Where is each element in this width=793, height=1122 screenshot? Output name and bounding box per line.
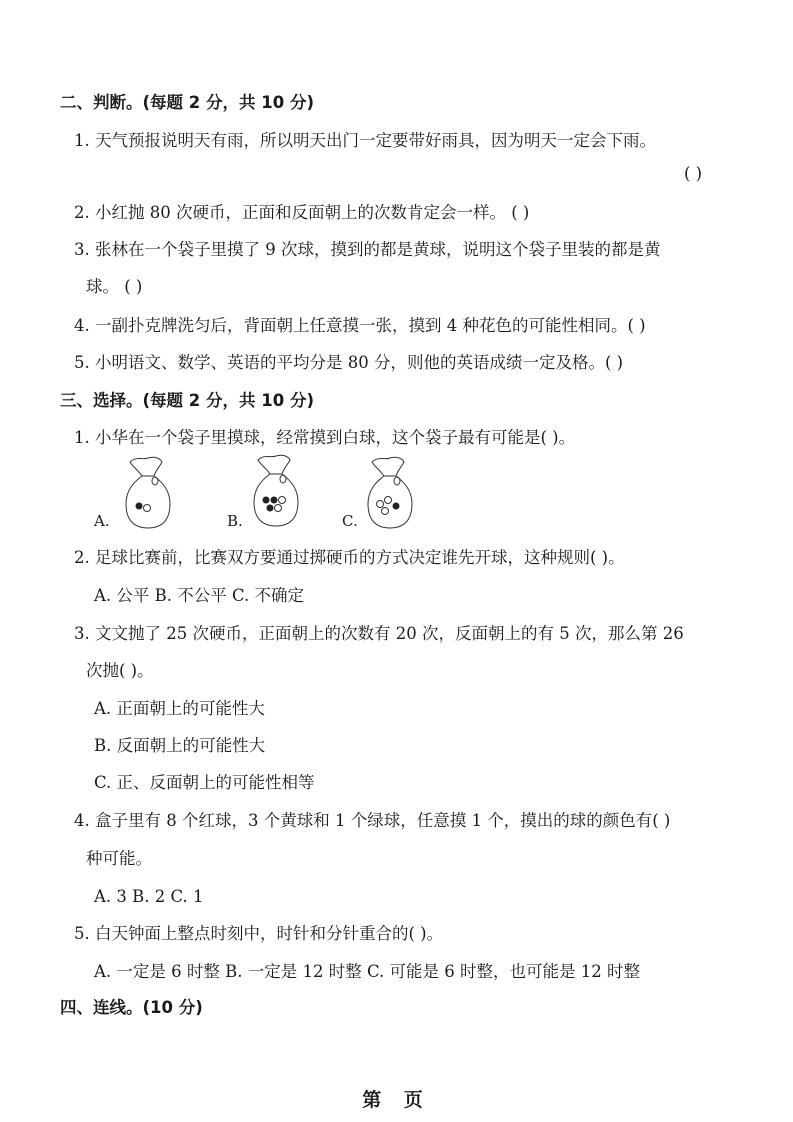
- page-footer: 第 页: [0, 1085, 793, 1112]
- judge-item-3-continuation: 球。 ( ): [86, 276, 142, 298]
- choice-q3-option-c[interactable]: C. 正、反面朝上的可能性相等: [94, 772, 315, 794]
- choice-q5: 5. 白天钟面上整点时刻中，时针和分针重合的( )。: [74, 923, 443, 945]
- section-3-heading: 三、选择。(每题 2 分，共 10 分): [60, 390, 314, 412]
- judge-item-3: 3. 张林在一个袋子里摸了 9 次球，摸到的都是黄球，说明这个袋子里装的都是黄: [74, 239, 660, 261]
- q1-option-a-label[interactable]: A.: [94, 512, 110, 530]
- judge-item-1-answer-blank[interactable]: ( ): [684, 164, 702, 183]
- choice-q2: 2. 足球比赛前，比赛双方要通过掷硬币的方式决定谁先开球，这种规则( )。: [74, 547, 625, 569]
- judge-item-1: 1. 天气预报说明天有雨，所以明天出门一定要带好雨具，因为明天一定会下雨。: [74, 130, 656, 152]
- bag-a-icon: [118, 456, 178, 532]
- choice-q4: 4. 盒子里有 8 个红球，3 个黄球和 1 个绿球，任意摸 1 个，摸出的球的…: [74, 810, 670, 832]
- choice-q3-continuation: 次抛( )。: [86, 660, 154, 682]
- judge-item-4: 4. 一副扑克牌洗匀后，背面朝上任意摸一张，摸到 4 种花色的可能性相同。( ): [74, 315, 646, 337]
- q1-option-c-label[interactable]: C.: [342, 512, 358, 530]
- choice-q5-options[interactable]: A. 一定是 6 时整 B. 一定是 12 时整 C. 可能是 6 时整，也可能…: [94, 961, 640, 983]
- choice-q3-option-a[interactable]: A. 正面朝上的可能性大: [94, 698, 265, 720]
- bag-c-icon: [360, 456, 420, 532]
- judge-item-5: 5. 小明语文、数学、英语的平均分是 80 分，则他的英语成绩一定及格。( ): [74, 352, 623, 374]
- bag-b-icon: [246, 454, 306, 530]
- q1-option-b-label[interactable]: B.: [227, 512, 243, 530]
- choice-q4-continuation: 种可能。: [86, 848, 152, 870]
- judge-item-2: 2. 小红抛 80 次硬币，正面和反面朝上的次数肯定会一样。 ( ): [74, 202, 529, 224]
- section-2-heading: 二、判断。(每题 2 分，共 10 分): [60, 92, 314, 114]
- section-4-heading: 四、连线。(10 分): [60, 997, 203, 1019]
- choice-q3: 3. 文文抛了 25 次硬币，正面朝上的次数有 20 次，反面朝上的有 5 次，…: [74, 623, 684, 645]
- choice-q3-option-b[interactable]: B. 反面朝上的可能性大: [94, 735, 265, 757]
- choice-q4-options[interactable]: A. 3 B. 2 C. 1: [94, 886, 204, 908]
- choice-q2-options[interactable]: A. 公平 B. 不公平 C. 不确定: [94, 585, 304, 607]
- choice-q1: 1. 小华在一个袋子里摸球，经常摸到白球，这个袋子最有可能是( )。: [74, 427, 575, 449]
